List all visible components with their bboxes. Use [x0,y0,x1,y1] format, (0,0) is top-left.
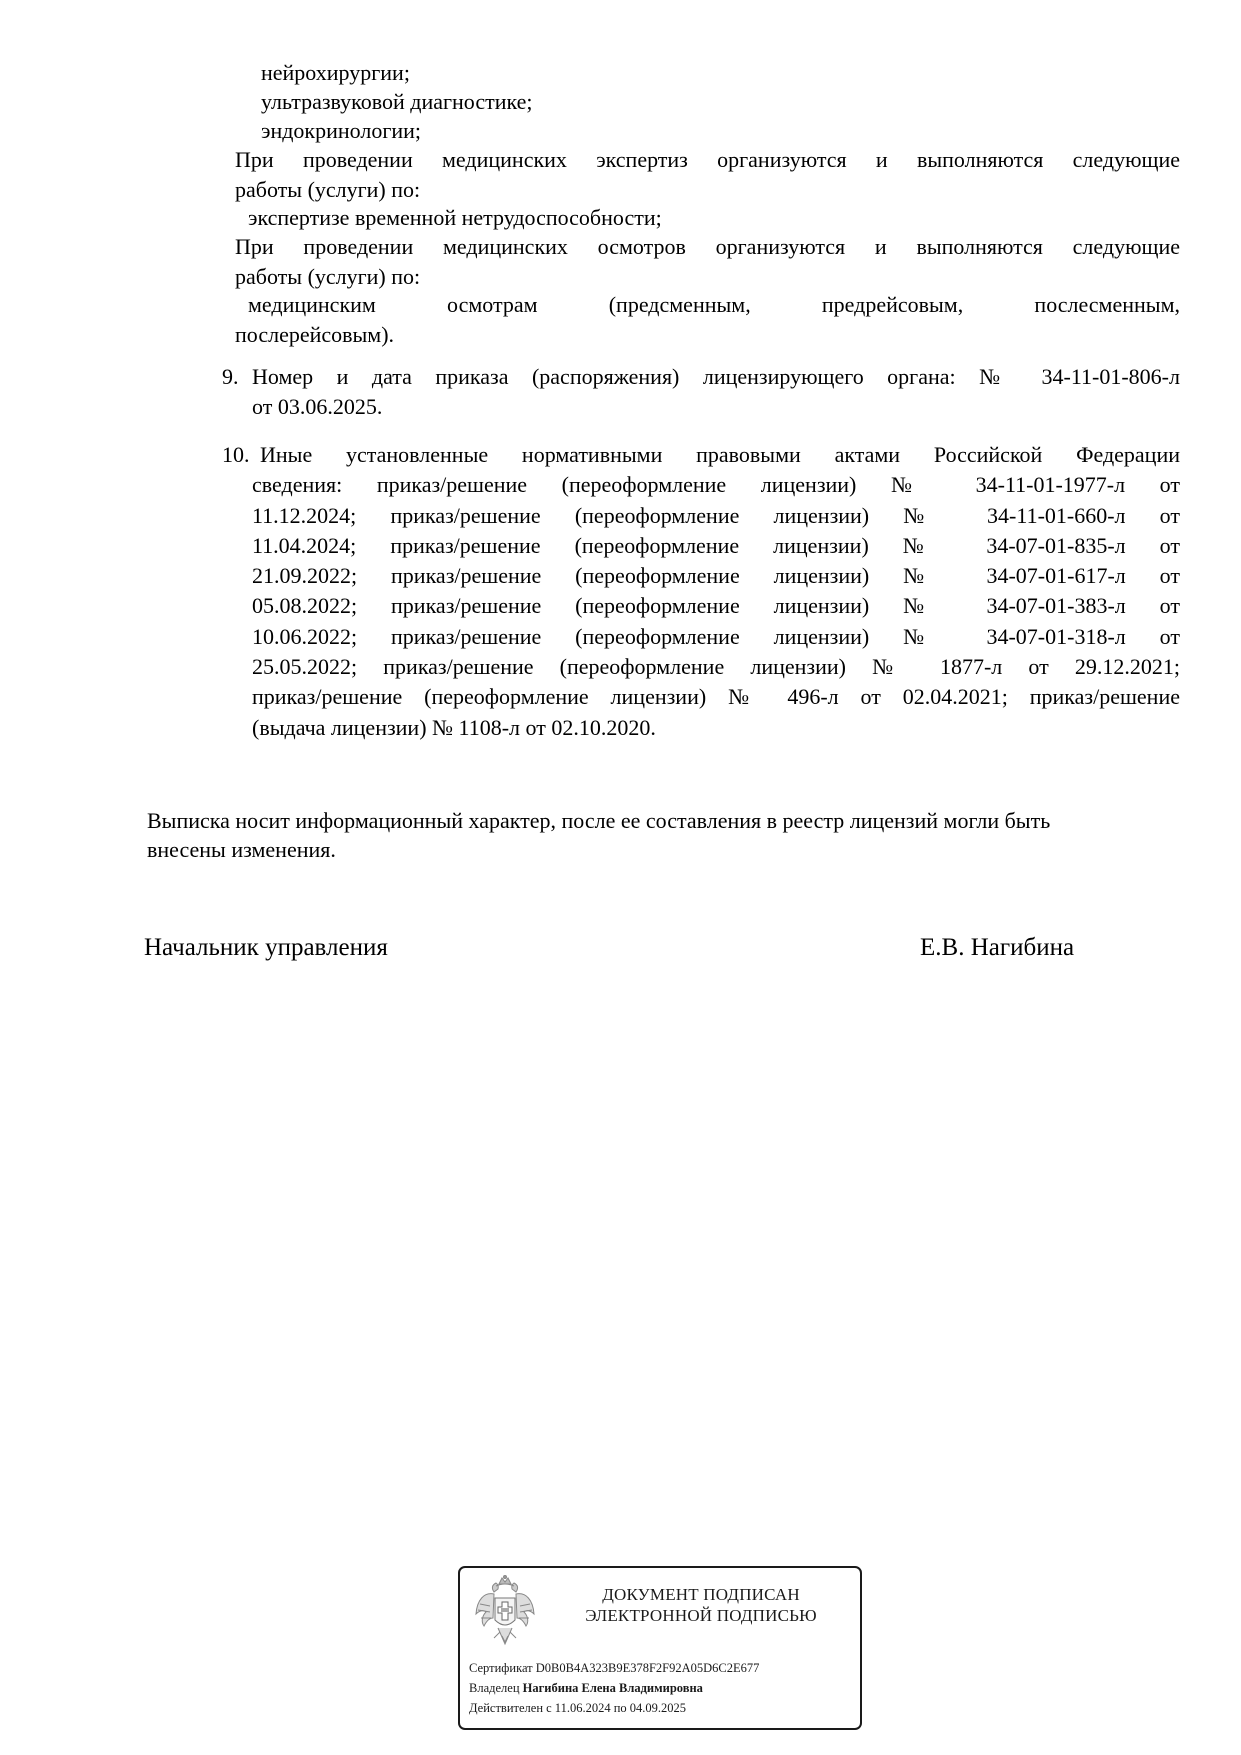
item-10-line: 10.06.2022; приказ/решение (переоформлен… [222,622,1180,652]
owner-label: Владелец [469,1681,520,1695]
disclaimer-line2: внесены изменения. [147,835,336,864]
item-10-other-info: 10. Иные установленные нормативными прав… [222,440,1180,750]
exams-items-line2: послерейсовым). [235,320,1180,350]
item-9-number: 9. [222,362,239,392]
document-page: нейрохирургии; ультразвуковой диагностик… [0,0,1241,1755]
stamp-owner: Владелец Нагибина Елена Владимировна [469,1678,703,1698]
exams-items-line1: медицинским осмотрам (предсменным, предр… [235,290,1180,320]
item-9-order-number: 9. Номер и дата приказа (распоряжения) л… [222,362,1180,424]
service-item-endocrinology: эндокринологии; [261,116,421,145]
expertise-intro-line1: При проведении медицинских экспертиз орг… [235,145,1180,175]
stamp-certificate: Сертификат D0B0B4A323B9E378F2F92A05D6C2E… [469,1658,759,1678]
exams-intro-line1: При проведении медицинских осмотров орга… [235,232,1180,262]
owner-value: Нагибина Елена Владимировна [523,1681,703,1695]
certificate-label: Сертификат [469,1661,533,1675]
stamp-title: ДОКУМЕНТ ПОДПИСАН ЭЛЕКТРОННОЙ ПОДПИСЬЮ [556,1584,846,1626]
item-10-line: 11.12.2024; приказ/решение (переоформлен… [222,501,1180,531]
certificate-value: D0B0B4A323B9E378F2F92A05D6C2E677 [536,1661,760,1675]
expertise-intro: При проведении медицинских экспертиз орг… [235,145,1180,204]
item-10-line: 25.05.2022; приказ/решение (переоформлен… [222,652,1180,682]
stamp-validity: Действителен с 11.06.2024 по 04.09.2025 [469,1698,686,1718]
stamp-title-line2: ЭЛЕКТРОННОЙ ПОДПИСЬЮ [556,1605,846,1626]
roszdravnadzor-eagle-emblem-icon [472,1574,538,1650]
item-9-line2: от 03.06.2025. [252,392,1180,422]
item-10-line: (выдача лицензии) № 1108-л от 02.10.2020… [222,713,1180,743]
expertise-intro-line2: работы (услуги) по: [235,175,1180,205]
service-item-ultrasound: ультразвуковой диагностике; [261,87,533,116]
item-10-line: Иные установленные нормативными правовым… [222,440,1180,470]
service-item-neurosurgery: нейрохирургии; [261,58,410,87]
exams-intro-line2: работы (услуги) по: [235,262,1180,292]
item-10-line: сведения: приказ/решение (переоформление… [222,470,1180,500]
item-10-line: 11.04.2024; приказ/решение (переоформлен… [222,531,1180,561]
disclaimer-line1: Выписка носит информационный характер, п… [147,806,1050,835]
item-10-line: 21.09.2022; приказ/решение (переоформлен… [222,561,1180,591]
e-signature-stamp: ДОКУМЕНТ ПОДПИСАН ЭЛЕКТРОННОЙ ПОДПИСЬЮ С… [458,1566,862,1730]
item-10-line: приказ/решение (переоформление лицензии)… [222,682,1180,712]
signatory-name: Е.В. Нагибина [920,933,1074,963]
exams-items: медицинским осмотрам (предсменным, предр… [235,290,1180,349]
signatory-position: Начальник управления [144,933,388,963]
stamp-title-line1: ДОКУМЕНТ ПОДПИСАН [556,1584,846,1605]
expertise-item-temporary-disability: экспертизе временной нетрудоспособности; [248,203,662,232]
item-9-line1: Номер и дата приказа (распоряжения) лице… [252,362,1180,392]
exams-intro: При проведении медицинских осмотров орга… [235,232,1180,291]
item-10-line: 05.08.2022; приказ/решение (переоформлен… [222,591,1180,621]
